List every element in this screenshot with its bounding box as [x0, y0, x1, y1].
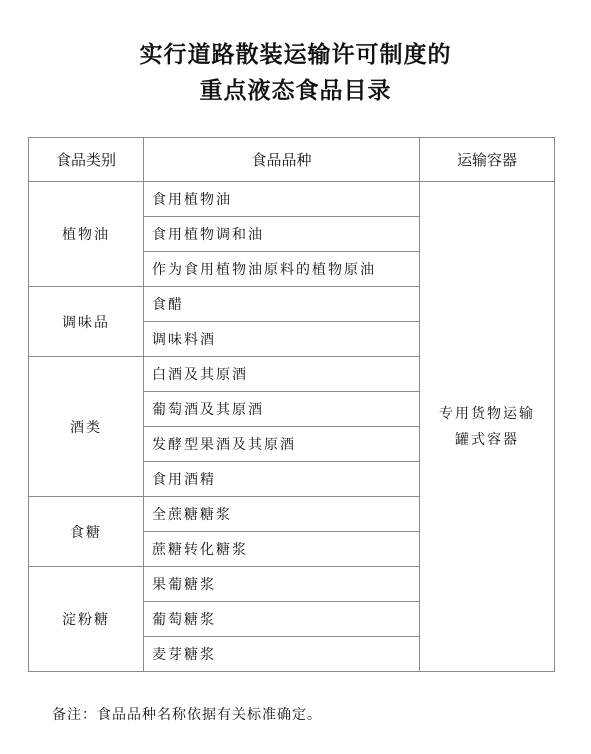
variety-cell: 麦芽糖浆 [144, 637, 420, 672]
container-cell: 专用货物运输 罐式容器 [420, 182, 555, 672]
food-catalog-table: 食品类别 食品品种 运输容器 植物油 食用植物油 专用货物运输 罐式容器 食用植… [28, 137, 555, 672]
category-cell: 植物油 [29, 182, 144, 287]
container-line-1: 专用货物运输 [439, 406, 535, 422]
category-cell: 调味品 [29, 287, 144, 357]
variety-cell: 全蔗糖糖浆 [144, 497, 420, 532]
variety-cell: 葡萄糖浆 [144, 602, 420, 637]
category-cell: 食糖 [29, 497, 144, 567]
header-food-variety: 食品品种 [144, 138, 420, 182]
table-header-row: 食品类别 食品品种 运输容器 [29, 138, 555, 182]
variety-cell: 食用植物油 [144, 182, 420, 217]
variety-cell: 食醋 [144, 287, 420, 322]
variety-cell: 调味料酒 [144, 322, 420, 357]
container-line-2: 罐式容器 [455, 432, 519, 448]
variety-cell: 食用酒精 [144, 462, 420, 497]
document-title-line-2: 重点液态食品目录 [0, 72, 591, 105]
header-transport-container: 运输容器 [420, 138, 555, 182]
variety-cell: 果葡糖浆 [144, 567, 420, 602]
header-food-category: 食品类别 [29, 138, 144, 182]
variety-cell: 作为食用植物油原料的植物原油 [144, 252, 420, 287]
variety-cell: 蔗糖转化糖浆 [144, 532, 420, 567]
table-row: 植物油 食用植物油 专用货物运输 罐式容器 [29, 182, 555, 217]
variety-cell: 食用植物调和油 [144, 217, 420, 252]
variety-cell: 葡萄酒及其原酒 [144, 392, 420, 427]
category-cell: 酒类 [29, 357, 144, 497]
variety-cell: 白酒及其原酒 [144, 357, 420, 392]
category-cell: 淀粉糖 [29, 567, 144, 672]
footnote: 备注：食品品种名称依据有关标准确定。 [52, 704, 322, 724]
document-title-line-1: 实行道路散装运输许可制度的 [0, 36, 591, 69]
variety-cell: 发酵型果酒及其原酒 [144, 427, 420, 462]
